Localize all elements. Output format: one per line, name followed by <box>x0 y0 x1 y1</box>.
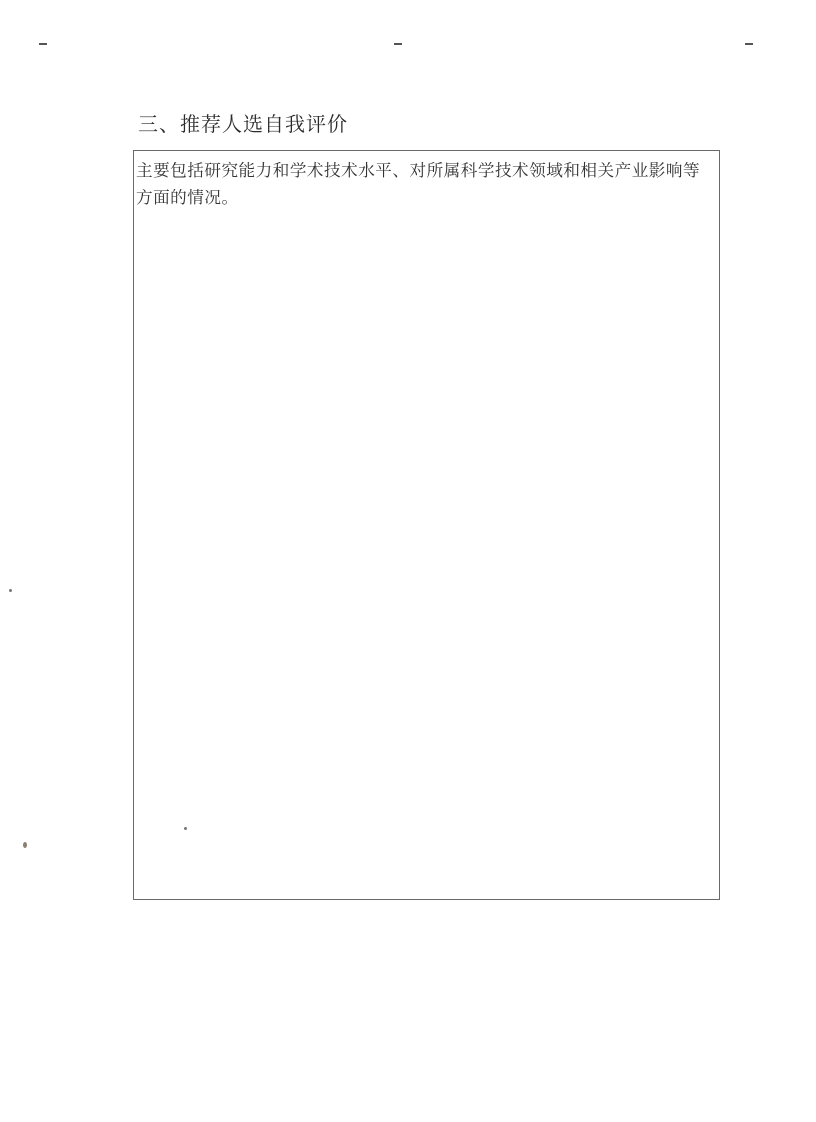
scan-mark-left <box>39 43 47 45</box>
self-evaluation-box[interactable]: 主要包括研究能力和学术技术水平、对所属科学技术领域和相关产业影响等方面的情况。 <box>133 150 720 900</box>
scan-speck <box>23 842 27 848</box>
scan-speck <box>9 589 12 592</box>
section-title: 三、推荐人选自我评价 <box>138 108 348 137</box>
scan-mark-right <box>745 43 753 45</box>
scan-mark-center <box>394 43 402 45</box>
scan-speck <box>184 827 187 830</box>
instruction-text: 主要包括研究能力和学术技术水平、对所属科学技术领域和相关产业影响等方面的情况。 <box>136 157 716 211</box>
